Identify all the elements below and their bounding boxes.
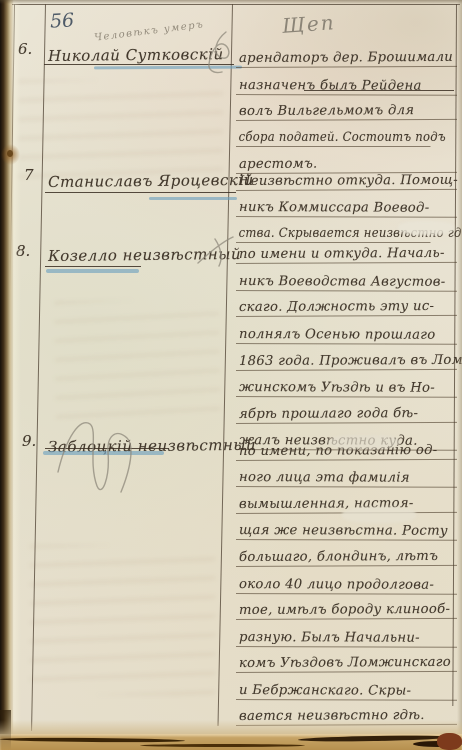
binding-edge (0, 0, 14, 750)
page-top-edge (0, 0, 462, 4)
pencil-flourish-entry6 (209, 32, 229, 73)
pencil-flourish-entry9 (58, 423, 131, 492)
book-edge-stain (437, 733, 462, 750)
ink-smudge (328, 435, 400, 449)
pencil-flourish-entry8 (198, 237, 233, 266)
ink-smudge (342, 507, 416, 523)
edge-stain (7, 150, 13, 157)
bottom-left-shadow (0, 710, 11, 750)
manuscript-page: 56 Щеп Человѣкъ умеръ 6. Николай Сутковс… (0, 0, 462, 750)
page-right-edge (457, 0, 462, 750)
ink-smudge (398, 221, 454, 235)
binding-edge-highlight (13, 0, 21, 750)
book-edge-streak (140, 744, 305, 747)
pencil-flourishes (0, 0, 462, 750)
